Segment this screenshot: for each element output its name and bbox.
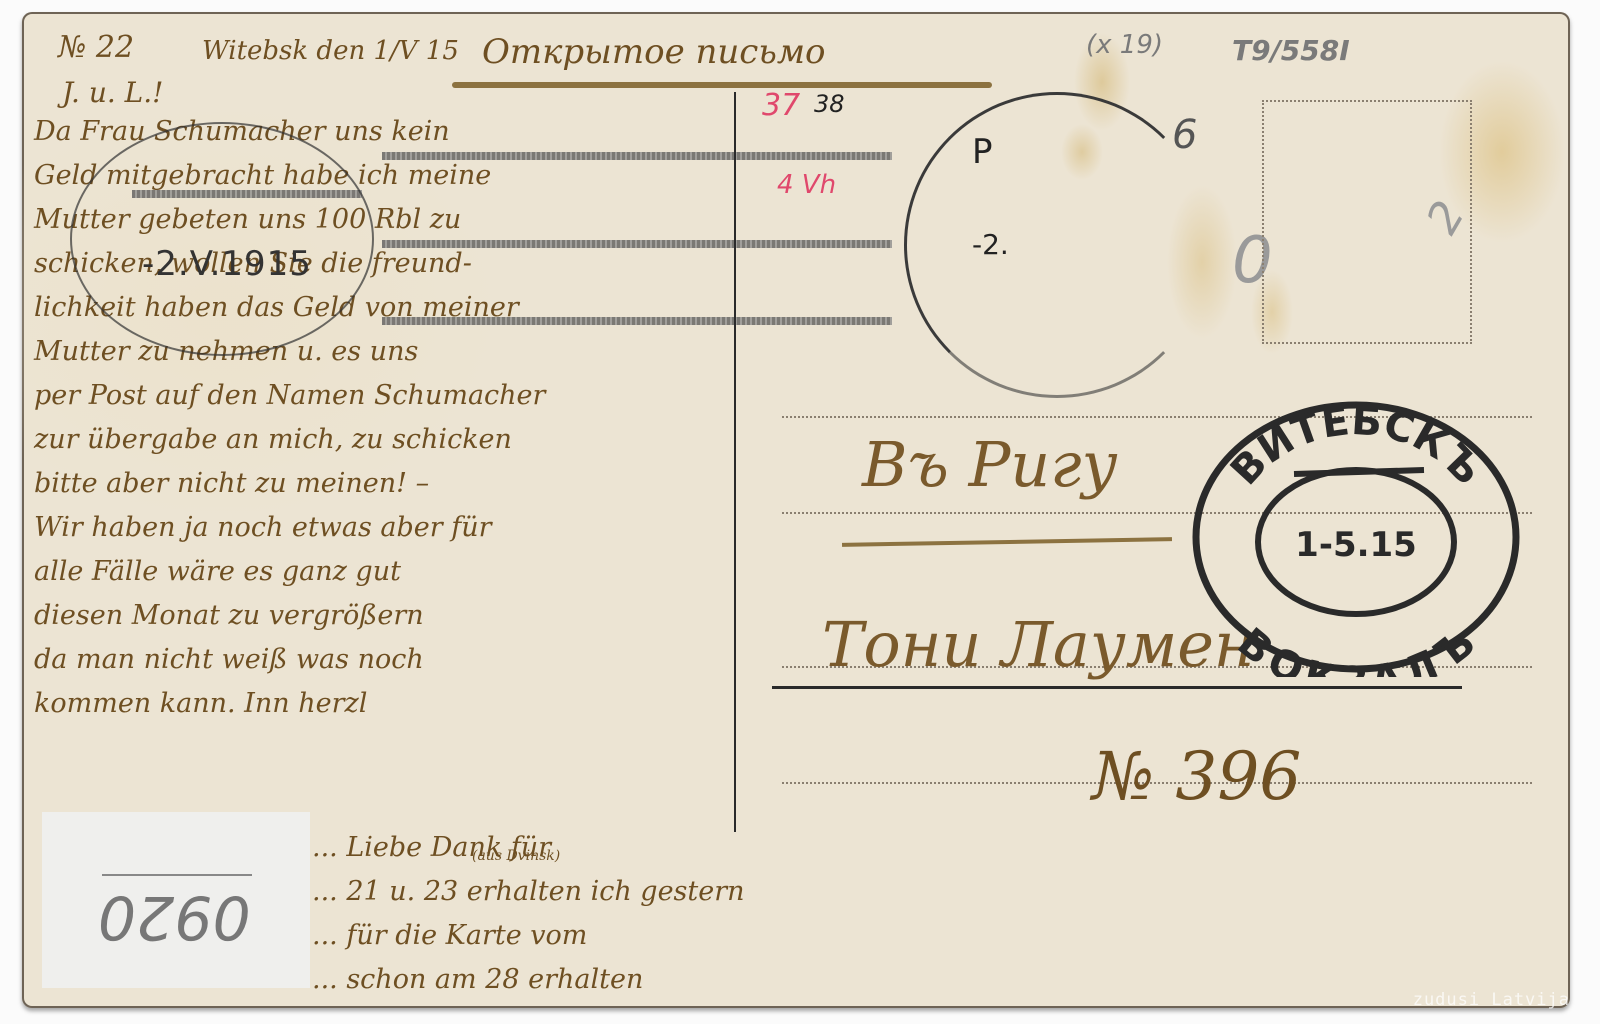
message-line: ... für die Karte vom	[312, 914, 587, 958]
vitebsk-station-postmark: ВИТЕБСКЪ ВОКЗАЛЪ 1-5.15	[1184, 392, 1524, 677]
message-line: zur übergabe an mich, zu schicken	[34, 418, 545, 462]
address-line-3: № 396	[1092, 738, 1301, 815]
message-line: kommen kann. Inn herzl	[34, 682, 545, 726]
address-line-1: Въ Ригу	[862, 428, 1118, 501]
message-line: ... 21 u. 23 erhalten ich gestern	[312, 870, 745, 914]
censor-strike	[382, 152, 892, 160]
archive-label: 0920	[42, 812, 310, 988]
postcard-back: № 22 Witebsk den 1/V 15 Открытое письмо …	[22, 12, 1570, 1008]
postmark-bottom-text: ВОКЗАЛЪ	[1229, 619, 1484, 677]
postmark-middle-letter: Р	[972, 132, 993, 172]
censor-red-note: 4 Vh	[777, 170, 836, 200]
title-cyrillic: Открытое письмо	[482, 32, 826, 72]
postmark-date: 1-5.15	[1295, 525, 1417, 565]
archive-label-rule	[102, 874, 252, 876]
postmark-top-text: ВИТЕБСКЪ	[1222, 398, 1491, 494]
censor-red-number: 37	[762, 88, 800, 123]
address-solid-line	[772, 686, 1462, 689]
archive-number: 0920	[98, 882, 251, 952]
watermark: zudusi Latvija	[1413, 990, 1570, 1010]
censor-black-number: 38	[814, 90, 845, 118]
stamp-placeholder-box	[1262, 100, 1472, 344]
postmark-left	[70, 122, 374, 356]
censor-strike	[382, 317, 892, 325]
message-line: da man nicht weiß was noch	[34, 638, 545, 682]
message-line: alle Fälle wäre es ganz gut	[34, 550, 545, 594]
letter-number: № 22	[58, 30, 134, 65]
message-line: ... schon am 28 erhalten	[312, 958, 643, 1002]
center-divider	[734, 92, 736, 832]
title-underline	[452, 82, 992, 88]
message-line: Wir haben ja noch etwas aber für	[34, 506, 545, 550]
pencil-note-six: 6	[1172, 112, 1197, 158]
address-underline	[842, 537, 1172, 547]
place-date: Witebsk den 1/V 15	[202, 36, 459, 66]
postmark-middle-date: -2.	[972, 228, 1009, 261]
message-line: bitte aber nicht zu meinen! –	[34, 462, 545, 506]
censor-strike	[382, 240, 892, 248]
svg-text:ВОКЗАЛЪ: ВОКЗАЛЪ	[1229, 619, 1484, 677]
pencil-note-number: T9/558I	[1232, 34, 1350, 67]
small-annotation: (aus Dvinsk)	[472, 848, 560, 864]
postmark-left-date: -2.V.1915	[142, 244, 312, 284]
postmark-middle	[904, 92, 1210, 398]
pencil-note-paren: (х 19)	[1086, 30, 1163, 60]
greeting: J. u. L.!	[62, 76, 163, 109]
svg-text:ВИТЕБСКЪ: ВИТЕБСКЪ	[1222, 398, 1491, 494]
message-line: diesen Monat zu vergrößern	[34, 594, 545, 638]
message-line: per Post auf den Namen Schumacher	[34, 374, 545, 418]
